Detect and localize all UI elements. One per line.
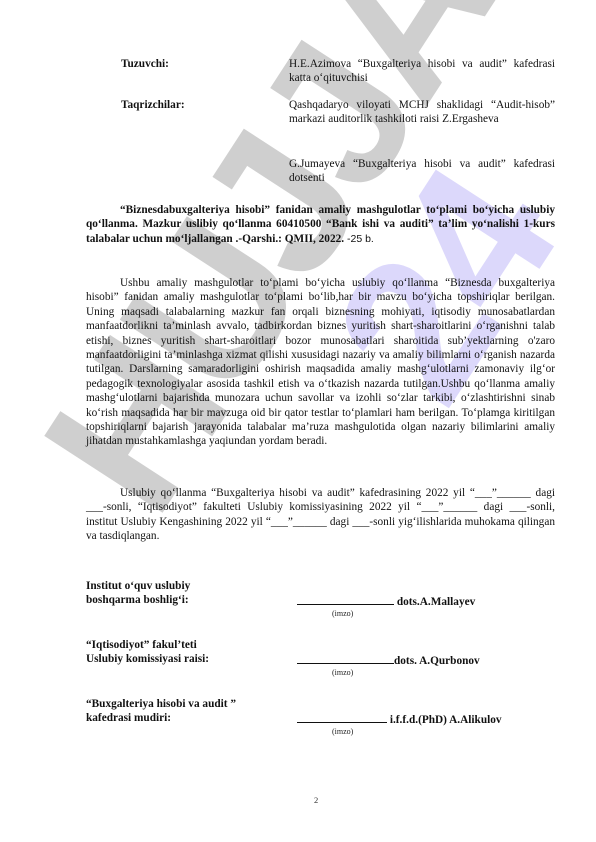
signature-3-label-line2: kafedrasi mudiri: bbox=[86, 711, 236, 725]
signature-2-label-line2: Uslubiy komissiyasi raisi: bbox=[86, 652, 209, 666]
signature-1-blank bbox=[297, 593, 394, 605]
signature-1-caption: (imzo) bbox=[332, 609, 353, 619]
signature-2-label: “Iqtisodiyot” fakul’teti Uslubiy komissi… bbox=[86, 638, 209, 667]
signature-3-label: “Buxgalteriya hisobi va audit ” kafedras… bbox=[86, 697, 236, 726]
signature-2-blank bbox=[297, 652, 394, 664]
signature-3-name: i.f.f.d.(PhD) A.Alikulov bbox=[387, 714, 502, 726]
reviewer-1: Qashqadaryo viloyati MCHJ shaklidagi “Au… bbox=[289, 98, 555, 127]
citation-block: “Biznesdabuxgalteriya hisobi” fanidan am… bbox=[86, 203, 555, 246]
signature-2-caption: (imzo) bbox=[332, 668, 353, 678]
citation-bold: “Biznesdabuxgalteriya hisobi” fanidan am… bbox=[86, 204, 555, 245]
signature-2-label-line1: “Iqtisodiyot” fakul’teti bbox=[86, 638, 209, 652]
signature-1-label-line1: Institut o‘quv uslubiy bbox=[86, 579, 190, 593]
signature-2-line: dots. A.Qurbonov bbox=[297, 652, 480, 668]
signature-1-name: dots.A.Mallayev bbox=[394, 596, 475, 608]
reviewers-label: Taqrizchilar: bbox=[121, 98, 185, 112]
signature-3-label-line1: “Buxgalteriya hisobi va audit ” bbox=[86, 697, 236, 711]
compiler-label: Tuzuvchi: bbox=[121, 57, 169, 71]
compiler-value: H.E.Azimova “Buxgalteriya hisobi va audi… bbox=[289, 57, 555, 86]
reviewer-2: G.Jumayeva “Buxgalteriya hisobi va audit… bbox=[289, 157, 555, 186]
page-content: Tuzuvchi: H.E.Azimova “Buxgalteriya hiso… bbox=[0, 0, 596, 842]
body-paragraph-2: Uslubiy qo‘llanma “Buxgalteriya hisobi v… bbox=[86, 486, 555, 544]
signature-1-label: Institut o‘quv uslubiy boshqarma boshlig… bbox=[86, 579, 190, 608]
signature-3-line: i.f.f.d.(PhD) A.Alikulov bbox=[297, 711, 502, 727]
signature-3-caption: (imzo) bbox=[332, 727, 353, 737]
document-page: HUJJAT 24 Tuzuvchi: H.E.Azimova “Buxgalt… bbox=[0, 0, 596, 842]
signature-1-line: dots.A.Mallayev bbox=[297, 593, 475, 609]
signature-1-label-line2: boshqarma boshlig‘i: bbox=[86, 593, 190, 607]
body-paragraph-1: Ushbu amaliy mashgulotlar to‘plami bo‘yi… bbox=[86, 276, 555, 449]
signature-3-blank bbox=[297, 711, 387, 723]
page-number: 2 bbox=[314, 793, 318, 807]
signature-2-name: dots. A.Qurbonov bbox=[394, 655, 480, 667]
citation-pages: -25 b. bbox=[344, 233, 374, 245]
